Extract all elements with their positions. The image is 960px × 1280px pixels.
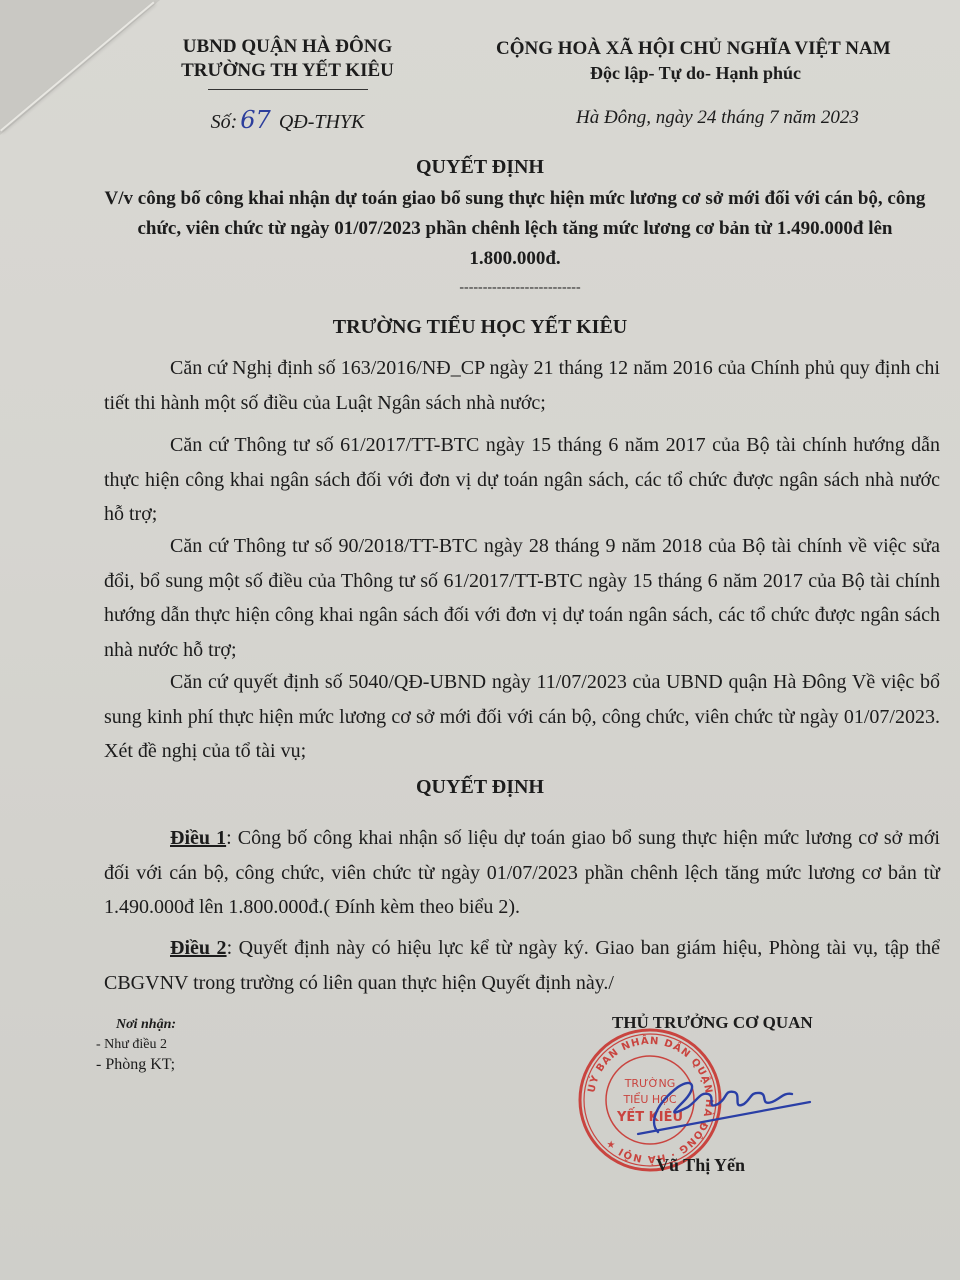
number-suffix: QĐ-THYK <box>279 111 365 133</box>
national-header-block: CỘNG HOÀ XÃ HỘI CHỦ NGHĨA VIỆT NAM Độc l… <box>480 37 950 129</box>
nation-name: CỘNG HOÀ XÃ HỘI CHỦ NGHĨA VIỆT NAM <box>480 37 950 61</box>
article-2: Điều 2: Quyết định này có hiệu lực kể từ… <box>104 931 940 1000</box>
signatory-title: THỦ TRƯỞNG CƠ QUAN <box>612 1013 813 1033</box>
number-prefix: Số: <box>211 111 238 133</box>
recipient-item: - Phòng KT; <box>96 1055 176 1075</box>
recipients-heading: Nơi nhận: <box>96 1015 176 1035</box>
signatory-name: Vũ Thị Yến <box>656 1155 745 1176</box>
article-2-label: Điều 2 <box>170 937 227 959</box>
document-title: QUYẾT ĐỊNH <box>0 156 960 179</box>
article-1-text: : Công bố công khai nhận số liệu dự toán… <box>104 827 940 918</box>
national-motto: Độc lập- Tự do- Hạnh phúc <box>480 61 950 85</box>
place-and-date: Hà Đông, ngày 24 tháng 7 năm 2023 <box>480 107 950 129</box>
legal-basis-2: Căn cứ Thông tư số 61/2017/TT-BTC ngày 1… <box>104 428 940 532</box>
title-separator: -------------------------- <box>0 280 960 296</box>
article-1-label: Điều 1 <box>170 827 226 849</box>
authority-name: UBND QUẬN HÀ ĐÔNG <box>155 35 420 59</box>
legal-basis-text: Căn cứ Thông tư số 61/2017/TT-BTC ngày 1… <box>104 434 940 525</box>
article-1: Điều 1: Công bố công khai nhận số liệu d… <box>104 821 940 925</box>
handwritten-signature-icon <box>628 1062 818 1142</box>
decision-heading: QUYẾT ĐỊNH <box>0 776 960 799</box>
document-subject: V/v công bố công khai nhận dự toán giao … <box>90 184 940 274</box>
issuing-authority-block: UBND QUẬN HÀ ĐÔNG TRƯỜNG TH YẾT KIÊU Số:… <box>155 35 420 134</box>
recipient-item: - Như điều 2 <box>96 1035 176 1055</box>
legal-basis-text: Căn cứ quyết định số 5040/QĐ-UBND ngày 1… <box>104 671 940 762</box>
article-2-text: : Quyết định này có hiệu lực kể từ ngày … <box>104 937 940 994</box>
document-page: UBND QUẬN HÀ ĐÔNG TRƯỜNG TH YẾT KIÊU Số:… <box>0 0 960 1280</box>
recipients-block: Nơi nhận: - Như điều 2 - Phòng KT; <box>96 1015 176 1075</box>
document-number: Số:67 QĐ-THYK <box>155 106 420 134</box>
legal-basis-4: Căn cứ quyết định số 5040/QĐ-UBND ngày 1… <box>104 665 940 769</box>
legal-basis-1: Căn cứ Nghị định số 163/2016/NĐ_CP ngày … <box>104 351 940 420</box>
legal-basis-text: Căn cứ Nghị định số 163/2016/NĐ_CP ngày … <box>104 357 940 414</box>
legal-basis-3: Căn cứ Thông tư số 90/2018/TT-BTC ngày 2… <box>104 529 940 667</box>
handwritten-number: 67 <box>237 106 274 134</box>
header-underline <box>208 89 368 90</box>
legal-basis-text: Căn cứ Thông tư số 90/2018/TT-BTC ngày 2… <box>104 535 940 661</box>
issuer-heading: TRƯỜNG TIỂU HỌC YẾT KIÊU <box>0 316 960 339</box>
school-name: TRƯỜNG TH YẾT KIÊU <box>155 59 420 83</box>
